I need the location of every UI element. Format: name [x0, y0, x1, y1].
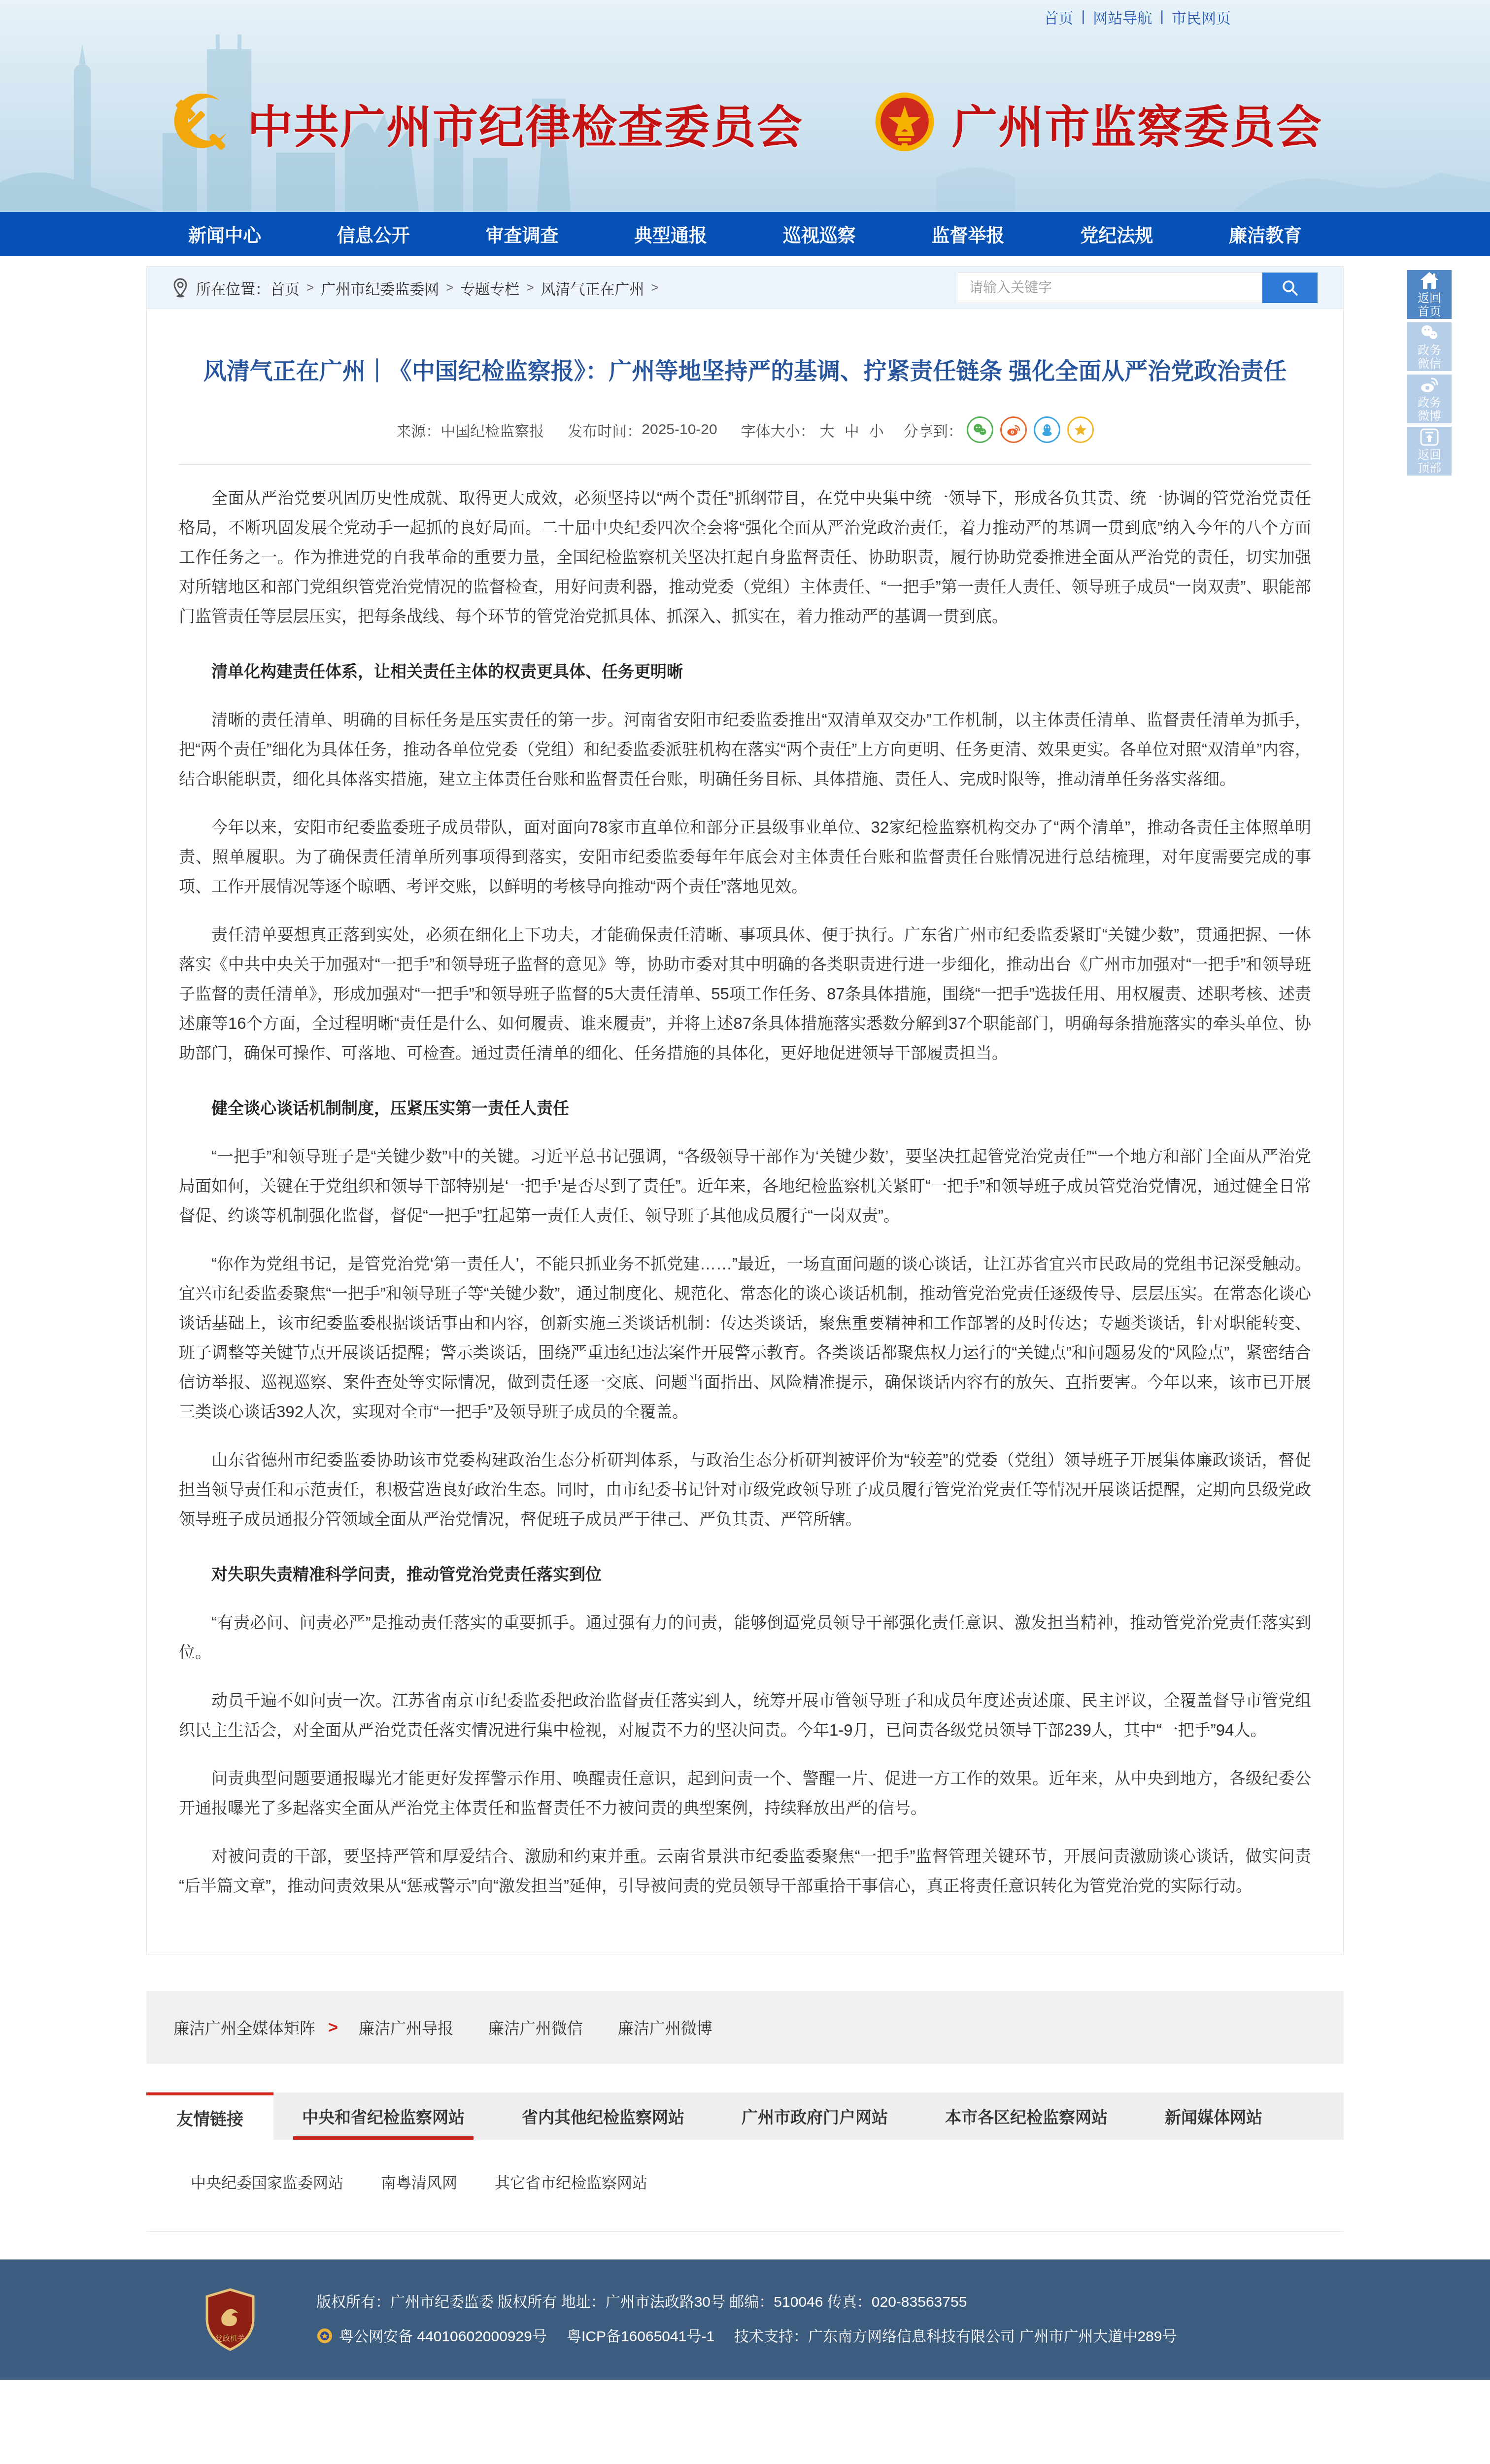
article-paragraph: “你作为党组书记，是管党治党‘第一责任人’，不能只抓业务不抓党建……”最近，一场…: [179, 1249, 1311, 1427]
nav-item[interactable]: 审查调查: [485, 221, 558, 247]
article-body: 全面从严治党要巩固历史性成就、取得更大成效，必须坚持以“两个责任”抓纲带目，在党…: [179, 483, 1311, 1901]
article-paragraph: 责任清单要想真正落到实处，必须在细化上下功夫，才能确保责任清晰、事项具体、便于执…: [179, 920, 1311, 1068]
article-paragraph: 清晰的责任清单、明确的目标任务是压实责任的第一步。河南省安阳市纪委监委推出“双清…: [179, 705, 1311, 794]
share-buttons: [967, 416, 1094, 443]
friend-link[interactable]: 南粤清风网: [381, 2170, 457, 2192]
breadcrumb-item[interactable]: 风清气正在广州: [541, 277, 644, 299]
back-to-top-icon: [1420, 428, 1439, 446]
article-paragraph: 对失职失责精准科学问责，推动管党治党责任落实到位: [179, 1560, 1311, 1589]
article-paragraph: 全面从严治党要巩固历史性成就、取得更大成效，必须坚持以“两个责任”抓纲带目，在党…: [179, 483, 1311, 631]
site-banner: 首页 | 网站导航 | 市民网页 中共广州市纪律检查委员会 广州市监察委员会: [0, 0, 1490, 212]
search-icon: [1281, 279, 1299, 297]
search-box: [957, 273, 1318, 303]
org-name-jiwei: 中共广州市纪律检查委员会: [247, 91, 803, 156]
utility-link[interactable]: 市民网页: [1169, 6, 1234, 28]
article-paragraph: “一把手”和领导班子是“关键少数”中的关键。习近平总书记强调，“各级领导干部作为…: [179, 1142, 1311, 1231]
home-icon: [1420, 271, 1439, 290]
breadcrumb-separator: >: [439, 280, 460, 295]
nav-item[interactable]: 新闻中心: [188, 221, 261, 247]
national-emblem-icon: [872, 91, 937, 156]
footer-line2: 粤公网安备 44010602000929号粤ICP备16065041号-1技术支…: [316, 2320, 1177, 2354]
media-link[interactable]: 廉洁广州微博: [618, 2019, 712, 2037]
article-paragraph: 山东省德州市纪委监委协助该市党委构建政治生态分析研判体系，与政治生态分析研判被评…: [179, 1445, 1311, 1534]
page-footer: 党政机关 版权所有：广州市纪委监委 版权所有 地址：广州市法政路30号 邮编：5…: [0, 2259, 1490, 2380]
friend-tab[interactable]: 本市各区纪检监察网站: [916, 2092, 1136, 2140]
font-size-label: 字体大小：: [741, 419, 815, 441]
article-paragraph: 对被问责的干部，要坚持严管和厚爱结合、激励和约束并重。云南省景洪市纪委监委聚焦“…: [179, 1842, 1311, 1901]
friend-tab-list: 中央和省纪检监察网站 省内其他纪检监察网站 广州市政府门户网站 本市各区纪检监察…: [273, 2092, 1291, 2140]
media-matrix-band: 廉洁广州全媒体矩阵 > 廉洁广州导报 廉洁广州微信 廉洁广州微博: [146, 1991, 1344, 2064]
font-size-medium[interactable]: 中: [845, 419, 859, 441]
share-qq-icon[interactable]: [1034, 416, 1060, 443]
back-home-button[interactable]: 返回首页: [1407, 270, 1452, 319]
utility-link[interactable]: 网站导航: [1090, 6, 1155, 28]
back-to-top-button[interactable]: 返回顶部: [1407, 427, 1452, 476]
location-pin-icon: [172, 278, 188, 298]
breadcrumb-item[interactable]: 专题专栏: [460, 277, 519, 299]
share-qzone-icon[interactable]: [1067, 416, 1094, 443]
friend-tab[interactable]: 新闻媒体网站: [1136, 2092, 1291, 2140]
nav-item[interactable]: 巡视巡察: [783, 221, 856, 247]
utility-link[interactable]: 首页: [1041, 6, 1076, 28]
footer-support: 技术支持：广东南方网络信息科技有限公司 广州市广州大道中289号: [734, 2328, 1177, 2345]
security-badge-icon: [316, 2327, 333, 2344]
party-emblem-icon: [168, 91, 233, 156]
article-paragraph: 清单化构建责任体系，让相关责任主体的权责更具体、任务更明晰: [179, 657, 1311, 686]
weibo-icon: [1420, 376, 1439, 394]
breadcrumb-separator: >: [519, 280, 541, 295]
utility-separator: |: [1155, 8, 1169, 25]
nav-item[interactable]: 信息公开: [337, 221, 410, 247]
breadcrumb-prefix: 所在位置：: [196, 277, 270, 299]
source-value: 中国纪检监察报: [440, 419, 544, 441]
nav-item[interactable]: 监督举报: [932, 221, 1005, 247]
article-paragraph: “有责必问、问责必严”是推动责任落实的重要抓手。通过强有力的问责，能够倒逼党员领…: [179, 1608, 1311, 1667]
media-links: 廉洁广州导报 廉洁广州微信 廉洁广州微博: [359, 2016, 743, 2039]
share-label: 分享到：: [904, 419, 963, 441]
sidebar-label: 政务微博: [1416, 396, 1443, 423]
media-link[interactable]: 廉洁广州导报: [359, 2019, 453, 2037]
friend-link[interactable]: 中央纪委国家监委网站: [191, 2170, 343, 2192]
meta-divider: [179, 464, 1311, 465]
nav-item[interactable]: 党纪法规: [1080, 221, 1153, 247]
date-label: 发布时间：: [568, 419, 642, 441]
friend-tab[interactable]: 广州市政府门户网站: [713, 2092, 916, 2140]
article-paragraph: 动员千遍不如问责一次。江苏省南京市纪委监委把政治监督责任落实到人，统筹开展市管领…: [179, 1686, 1311, 1745]
main-nav: 新闻中心 信息公开 审查调查 典型通报 巡视巡察 监督举报 党纪法规 廉洁教育: [0, 212, 1490, 256]
footer-text: 版权所有：广州市纪委监委 版权所有 地址：广州市法政路30号 邮编：510046…: [316, 2285, 1177, 2354]
wechat-icon: [1420, 323, 1439, 342]
article-paragraph: 健全谈心谈话机制制度，压紧压实第一责任人责任: [179, 1094, 1311, 1123]
footer-security[interactable]: 粤公网安备 44010602000929号: [339, 2328, 547, 2345]
share-wechat-icon[interactable]: [967, 416, 993, 443]
date-value: 2025-10-20: [642, 421, 717, 438]
share-weibo-icon[interactable]: [1000, 416, 1027, 443]
nav-item[interactable]: 廉洁教育: [1229, 221, 1302, 247]
gov-shield-logo: 党政机关: [203, 2288, 257, 2352]
org-name-jianwei: 广州市监察委员会: [952, 91, 1322, 156]
friend-link-list: 中央纪委国家监委网站 南粤清风网 其它省市纪检监察网站: [146, 2140, 1344, 2192]
article-meta: 来源： 中国纪检监察报 发布时间： 2025-10-20 字体大小： 大 中 小…: [179, 416, 1311, 443]
search-input[interactable]: [957, 273, 1262, 303]
breadcrumb-separator: >: [300, 280, 321, 295]
svg-text:党政机关: 党政机关: [215, 2334, 245, 2343]
breadcrumb-bar: 所在位置： 首页> 广州市纪委监委网> 专题专栏> 风清气正在广州>: [147, 267, 1343, 309]
friend-links-tabs: 友情链接 中央和省纪检监察网站 省内其他纪检监察网站 广州市政府门户网站 本市各…: [146, 2092, 1344, 2140]
breadcrumb-item[interactable]: 广州市纪委监委网: [321, 277, 439, 299]
friend-tab[interactable]: 省内其他纪检监察网站: [493, 2092, 713, 2140]
friend-links-label: 友情链接: [146, 2092, 273, 2140]
org-logos: 中共广州市纪律检查委员会 广州市监察委员会: [0, 91, 1490, 156]
content-card: 所在位置： 首页> 广州市纪委监委网> 专题专栏> 风清气正在广州> 风清气正在…: [146, 266, 1344, 1954]
article-title: 风清气正在广州｜《中国纪检监察报》：广州等地坚持严的基调、拧紧责任链条 强化全面…: [179, 354, 1311, 388]
main-nav-items: 新闻中心 信息公开 审查调查 典型通报 巡视巡察 监督举报 党纪法规 廉洁教育: [146, 212, 1344, 256]
sidebar-label: 返回首页: [1416, 292, 1443, 318]
nav-item[interactable]: 典型通报: [634, 221, 707, 247]
friend-tab[interactable]: 中央和省纪检监察网站: [273, 2092, 493, 2140]
friend-links-section: 友情链接 中央和省纪检监察网站 省内其他纪检监察网站 广州市政府门户网站 本市各…: [146, 2092, 1344, 2232]
floating-sidebar: 返回首页 政务微信 政务微博 返回顶部: [1407, 270, 1452, 479]
utility-links: 首页 | 网站导航 | 市民网页: [1041, 6, 1234, 28]
search-button[interactable]: [1262, 273, 1318, 303]
article: 风清气正在广州｜《中国纪检监察报》：广州等地坚持严的基调、拧紧责任链条 强化全面…: [147, 354, 1343, 1954]
footer-line1: 版权所有：广州市纪委监委 版权所有 地址：广州市法政路30号 邮编：510046…: [316, 2285, 1177, 2320]
utility-separator: |: [1076, 8, 1090, 25]
font-size-small[interactable]: 小: [869, 419, 884, 441]
media-link[interactable]: 廉洁广州微信: [488, 2019, 583, 2037]
media-matrix-label: 廉洁广州全媒体矩阵: [173, 2016, 315, 2039]
article-paragraph: 今年以来，安阳市纪委监委班子成员带队，面对面向78家市直单位和部分正县级事业单位…: [179, 813, 1311, 901]
breadcrumb-separator: >: [644, 280, 666, 295]
friend-link[interactable]: 其它省市纪检监察网站: [495, 2170, 647, 2192]
source-label: 来源：: [396, 419, 440, 441]
chevron-right-icon: >: [328, 2018, 338, 2037]
sidebar-label: 返回顶部: [1416, 448, 1443, 475]
article-paragraph: 问责典型问题要通报曝光才能更好发挥警示作用、唤醒责任意识，起到问责一个、警醒一片…: [179, 1764, 1311, 1823]
breadcrumb: 首页> 广州市纪委监委网> 专题专栏> 风清气正在广州>: [270, 277, 666, 299]
sidebar-label: 政务微信: [1416, 344, 1443, 371]
breadcrumb-item[interactable]: 首页: [270, 277, 300, 299]
font-size-large[interactable]: 大: [820, 419, 835, 441]
gov-wechat-button[interactable]: 政务微信: [1407, 322, 1452, 371]
footer-icp[interactable]: 粤ICP备16065041号-1: [567, 2328, 714, 2345]
gov-weibo-button[interactable]: 政务微博: [1407, 375, 1452, 423]
